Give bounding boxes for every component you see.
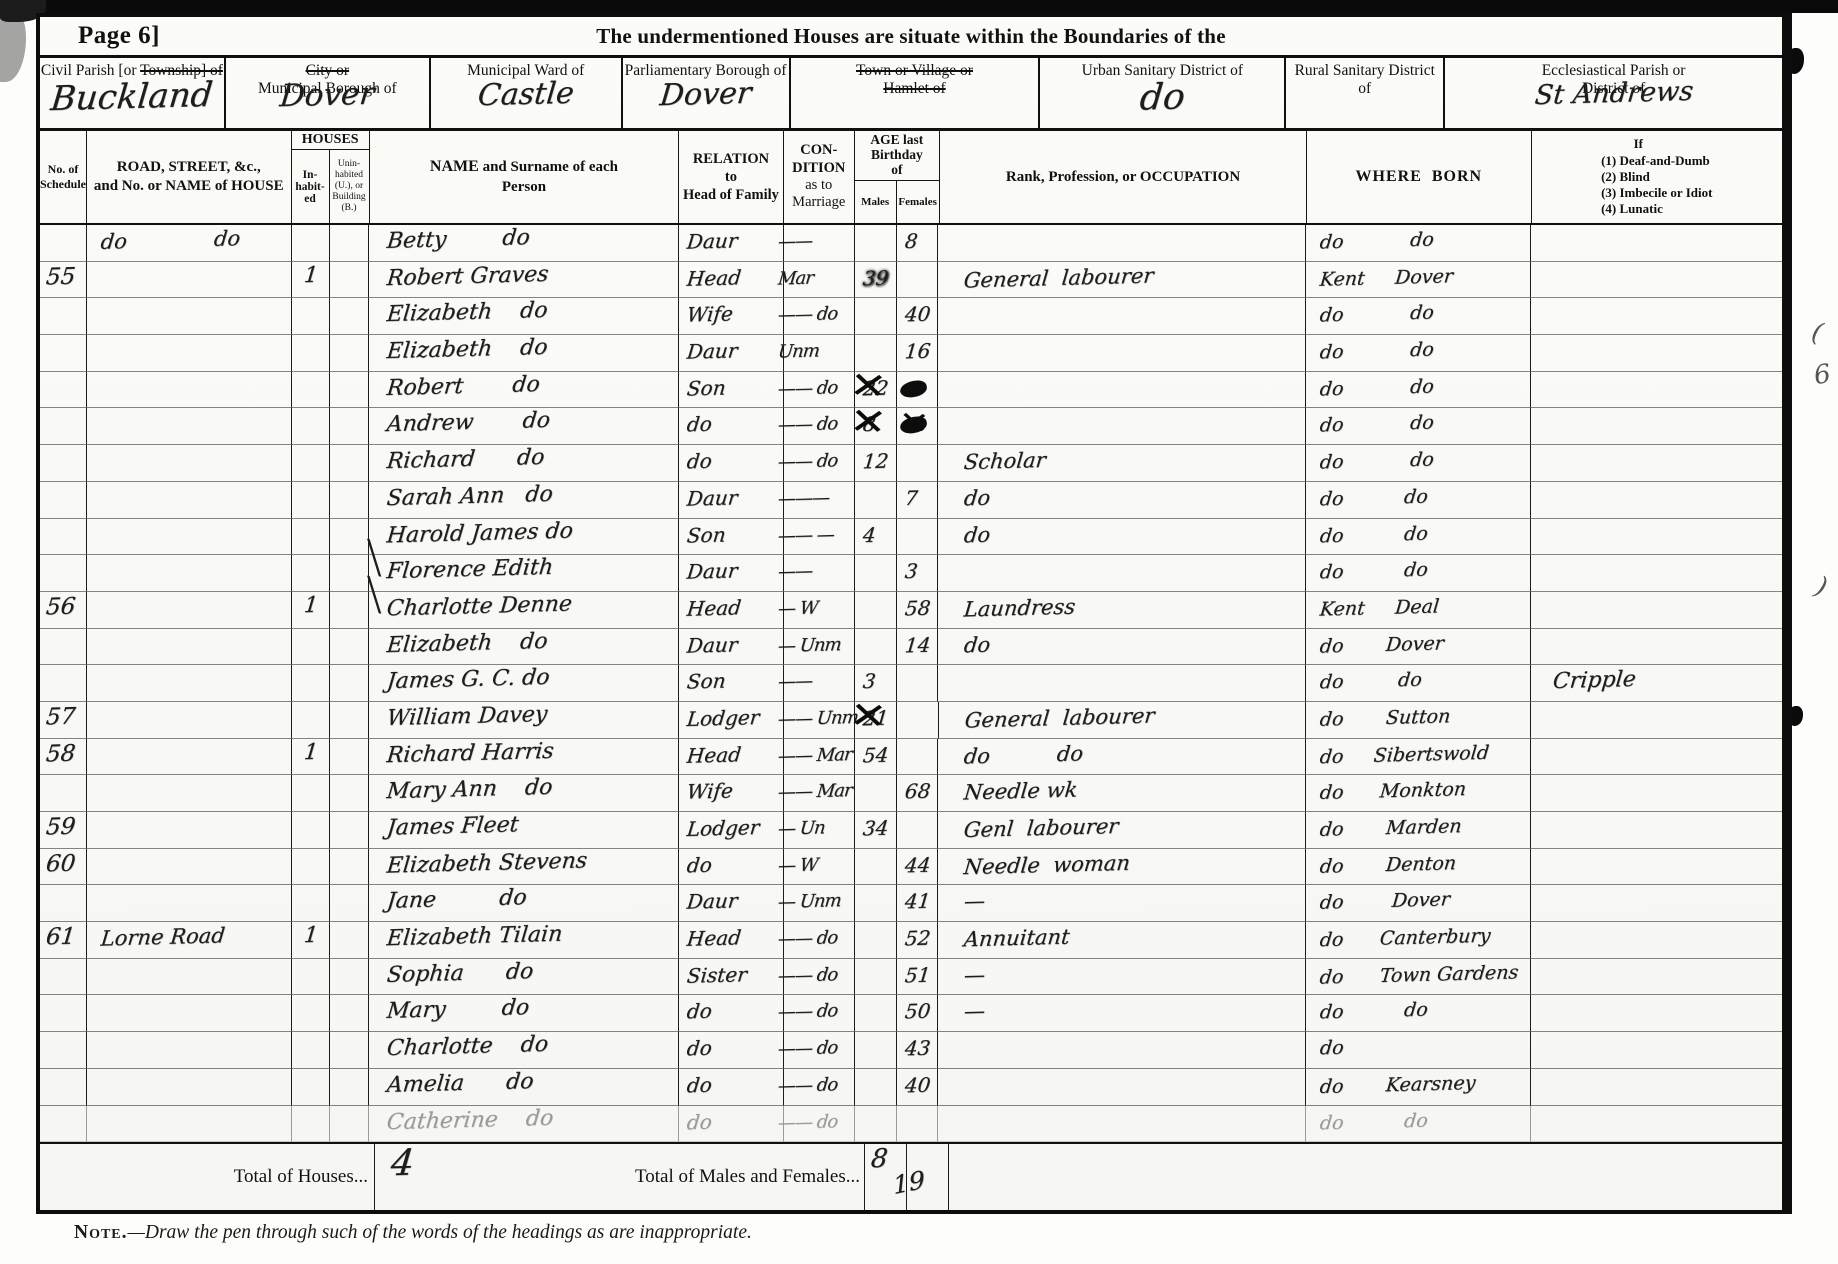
handwritten-entry: Harold James do — [385, 520, 573, 547]
handwritten-entry: 55 — [45, 265, 77, 289]
handwritten-entry: Amelia do — [386, 1071, 535, 1097]
cell-age-male — [855, 959, 897, 996]
cell-age-male: 39 — [855, 262, 897, 299]
col-header-males: Males — [855, 181, 897, 223]
cell-age-male — [855, 592, 897, 629]
district-town-village: Town or Village orHamlet of — [791, 58, 1041, 128]
table-row: 61Lorne Road1Elizabeth TilainHead—— do52… — [40, 922, 1782, 959]
cell-condition: —— Mar — [784, 739, 855, 776]
cell-born: do do — [1306, 482, 1531, 519]
handwritten-entry: General labourer — [963, 265, 1155, 291]
cell-name: Sarah Ann do — [369, 482, 679, 519]
cell-uninhabited — [330, 1069, 369, 1106]
cell-condition: —— do — [784, 1106, 855, 1143]
cell-age-male: 34 — [855, 812, 897, 849]
handwritten-entry: —— do — [777, 1076, 838, 1096]
cell-age-male — [855, 849, 897, 886]
handwritten-entry: —— do — [777, 929, 838, 949]
cell-occupation — [938, 408, 1306, 445]
cell-born: do do — [1306, 555, 1531, 592]
cell-uninhabited — [330, 298, 369, 335]
cell-road: do do — [87, 225, 292, 262]
table-row: 60Elizabeth Stevensdo— W44Needle womando… — [40, 849, 1782, 886]
cell-infirmity — [1531, 262, 1782, 299]
cell-age-female — [897, 665, 939, 702]
page-title: The undermentioned Houses are situate wi… — [40, 24, 1782, 49]
cell-occupation — [938, 335, 1306, 372]
cell-uninhabited — [330, 372, 369, 409]
col-header-females: Females — [897, 181, 939, 223]
cell-uninhabited — [330, 995, 369, 1032]
cell-schedule — [40, 298, 87, 335]
table-row: Charlotte dodo—— do43do — [40, 1032, 1782, 1069]
margin-scribble: ) — [1811, 571, 1831, 603]
handwritten-entry: 40 — [903, 304, 930, 325]
cell-schedule — [40, 372, 87, 409]
col-header-occupation: Rank, Profession, or OCCUPATION — [940, 131, 1307, 223]
cell-relation: Wife — [679, 775, 784, 812]
handwritten-entry: do Monkton — [1319, 780, 1467, 803]
cell-schedule — [40, 629, 87, 666]
cell-infirmity — [1531, 482, 1782, 519]
handwritten-entry: Laundress — [963, 596, 1076, 620]
handwritten-entry: do — [686, 1074, 713, 1095]
handwritten-entry: Daur — [686, 487, 738, 508]
handwritten-entry: Elizabeth do — [386, 300, 549, 326]
handwritten-entry: —— Mar — [777, 746, 852, 766]
handwritten-entry: — — [963, 891, 986, 913]
cell-relation: Head — [679, 739, 784, 776]
handwritten-entry: do Sibertswold — [1319, 743, 1490, 766]
handwritten-entry: —— do — [777, 306, 838, 326]
handwritten-entry: Annuitant — [963, 927, 1071, 951]
handwritten-entry: 52 — [903, 928, 930, 949]
cell-infirmity — [1531, 812, 1782, 849]
handwritten-entry: Jane do — [386, 888, 528, 914]
handwritten-entry: Head — [686, 927, 742, 948]
cell-occupation: do — [938, 482, 1306, 519]
handwritten-entry: do — [963, 487, 991, 509]
cell-name: Sophia do — [369, 959, 679, 996]
handwritten-entry: 58 — [45, 742, 77, 766]
cell-infirmity — [1531, 1032, 1782, 1069]
handwritten-entry: Andrew do — [386, 410, 551, 436]
cell-condition: — Unm — [784, 885, 855, 922]
cell-inhabited — [292, 1106, 330, 1143]
cell-infirmity — [1531, 775, 1782, 812]
cell-schedule — [40, 1032, 87, 1069]
cell-road — [87, 995, 292, 1032]
handwritten-entry: do — [686, 1111, 713, 1132]
handwritten-entry: do do — [1319, 1001, 1429, 1023]
cell-age-male: 12 — [855, 445, 897, 482]
cell-age-female — [897, 372, 939, 409]
table-row: 561╲Charlotte DenneHead— W58LaundressKen… — [40, 592, 1782, 629]
cell-condition: —— — [784, 665, 855, 702]
handwritten-entry: 44 — [903, 854, 930, 875]
cell-inhabited — [292, 482, 330, 519]
cell-condition: —— do — [784, 1032, 855, 1069]
cell-age-female: 3 — [897, 555, 939, 592]
cell-age-male — [855, 482, 897, 519]
table-row: Harold James doSon—— —4dodo do — [40, 519, 1782, 556]
table-row: Elizabeth doDaur— Unm14dodo Dover — [40, 629, 1782, 666]
handwritten-entry: 1 — [303, 925, 319, 947]
handwritten-entry: —— — — [777, 526, 835, 545]
cell-inhabited: 1 — [292, 262, 330, 299]
cell-relation: do — [679, 995, 784, 1032]
cell-inhabited — [292, 298, 330, 335]
handwritten-entry: Elizabeth Tilain — [385, 924, 563, 951]
cell-inhabited: 1 — [292, 592, 330, 629]
cell-inhabited — [292, 519, 330, 556]
cell-infirmity — [1531, 335, 1782, 372]
district-parliamentary-borough: Parliamentary Borough of Dover — [623, 58, 791, 128]
total-houses-label: Total of Houses... — [234, 1166, 368, 1188]
cell-inhabited — [292, 665, 330, 702]
table-row: 581Richard HarrisHead—— Mar54do dodo Sib… — [40, 739, 1782, 776]
cell-schedule: 59 — [40, 812, 87, 849]
cell-name: Charlotte do — [369, 1032, 679, 1069]
cell-name: Mary do — [369, 995, 679, 1032]
handwritten-entry: Elizabeth Stevens — [385, 850, 587, 877]
handwritten-entry: Florence Edith — [386, 557, 554, 583]
handwritten-entry: 41 — [903, 891, 930, 912]
col-header-houses: HOUSES In- habit- ed Unin- habited (U.),… — [292, 131, 370, 223]
handwritten-total-females: 19 — [892, 1167, 926, 1198]
cell-relation: Head — [679, 922, 784, 959]
cell-relation: Son — [679, 665, 784, 702]
cell-infirmity — [1531, 519, 1782, 556]
cell-born: do Canterbury — [1306, 922, 1531, 959]
cell-infirmity — [1531, 629, 1782, 666]
cell-inhabited: 1 — [292, 922, 330, 959]
cell-infirmity — [1531, 445, 1782, 482]
cell-schedule — [40, 885, 87, 922]
cell-inhabited: 1 — [292, 739, 330, 776]
handwritten-entry: 1 — [303, 595, 319, 617]
handwritten-entry: 43 — [903, 1038, 930, 1059]
handwritten-entry: 12 — [862, 451, 889, 472]
cell-age-female — [897, 262, 939, 299]
cell-age-female: 14 — [897, 629, 939, 666]
cell-infirmity — [1531, 225, 1782, 262]
cell-uninhabited — [330, 629, 369, 666]
cell-infirmity — [1531, 1069, 1782, 1106]
cell-road — [87, 592, 292, 629]
handwritten-entry: —— do — [777, 452, 838, 472]
handwritten-entry: —— — [777, 233, 813, 252]
handwritten-entry: Betty do — [386, 227, 531, 253]
handwritten-entry: Richard Harris — [386, 740, 555, 766]
cell-inhabited — [292, 1032, 330, 1069]
handwritten-entry: do Denton — [1319, 854, 1457, 877]
cell-road — [87, 1106, 292, 1143]
handwritten-entry: Unm — [777, 343, 820, 362]
cell-born: do Dover — [1306, 629, 1531, 666]
cell-name: Mary Ann do — [369, 775, 679, 812]
handwritten-entry: 39 — [862, 267, 889, 288]
cell-condition: —— — — [784, 519, 855, 556]
cell-occupation: Laundress — [938, 592, 1306, 629]
handwritten-entry: — W — [777, 599, 818, 618]
cell-road — [87, 262, 292, 299]
cell-road — [87, 555, 292, 592]
handwritten-entry: 14 — [903, 634, 930, 655]
cell-name: Elizabeth do — [369, 629, 679, 666]
cell-age-female: 40 — [897, 298, 939, 335]
cell-uninhabited — [330, 445, 369, 482]
handwritten-entry: Daur — [686, 891, 738, 912]
cell-road — [87, 1069, 292, 1106]
cell-schedule — [40, 665, 87, 702]
census-page-scan: ( 6 ) Page 6] The undermentioned Houses … — [0, 0, 1838, 1264]
district-civil-parish: Civil Parish [or Township] of Buckland — [40, 58, 226, 128]
cell-road — [87, 372, 292, 409]
handwritten-entry: 68 — [903, 781, 930, 802]
cell-name: Catherine do — [369, 1106, 679, 1143]
cell-age-male — [855, 1069, 897, 1106]
handwritten-entry: do — [1319, 1039, 1345, 1059]
cell-occupation: do — [938, 629, 1306, 666]
handwritten-entry: —— do — [777, 1003, 838, 1023]
table-row: Sarah Ann doDaur———7dodo do — [40, 482, 1782, 519]
cell-schedule — [40, 445, 87, 482]
cell-age-male — [855, 298, 897, 335]
cell-occupation — [938, 665, 1306, 702]
cell-infirmity — [1531, 298, 1782, 335]
cell-road — [87, 702, 292, 739]
col-header-name: NAME and Surname of each Person — [370, 131, 679, 223]
handwritten-entry: do Sutton — [1319, 707, 1451, 729]
cell-age-male — [855, 629, 897, 666]
cell-road — [87, 298, 292, 335]
table-row: ╲Florence EdithDaur——3do do — [40, 555, 1782, 592]
cell-occupation: do do — [938, 739, 1306, 776]
cell-uninhabited — [330, 1106, 369, 1143]
handwritten-entry: Genl labourer — [963, 816, 1120, 841]
handwritten-entry: do do — [1319, 524, 1429, 546]
handwritten-entry: Scholar — [963, 450, 1047, 473]
cell-born: do do — [1306, 372, 1531, 409]
handwritten-entry: do — [686, 854, 713, 875]
cell-born: do Marden — [1306, 812, 1531, 849]
cell-born: do do — [1306, 1106, 1531, 1143]
cell-age-female: 52 — [897, 922, 939, 959]
handwritten-entry: Mar — [777, 269, 814, 288]
table-row: Sophia doSister—— do51—do Town Gardens — [40, 959, 1782, 996]
cell-inhabited — [292, 372, 330, 409]
cell-schedule — [40, 335, 87, 372]
cell-uninhabited — [330, 812, 369, 849]
handwritten-entry: do do — [1319, 231, 1435, 253]
cell-relation: Lodger — [679, 812, 784, 849]
handwritten-entry: Richard do — [386, 447, 546, 473]
handwritten-entry: Son — [686, 524, 727, 545]
table-row: Jane doDaur— Unm41—do Dover — [40, 885, 1782, 922]
cell-occupation — [938, 225, 1306, 262]
handwritten-entry: do Kearsney — [1319, 1074, 1476, 1097]
cell-inhabited — [292, 775, 330, 812]
cell-uninhabited — [330, 739, 369, 776]
cell-age-male: 8✕ — [855, 408, 897, 445]
cell-condition: —— do — [784, 408, 855, 445]
handwritten-entry: do do — [1319, 304, 1435, 326]
cell-uninhabited — [330, 885, 369, 922]
cell-schedule — [40, 959, 87, 996]
cell-inhabited — [292, 629, 330, 666]
handwritten-entry: Lodger — [686, 817, 760, 839]
cell-infirmity — [1531, 592, 1782, 629]
cell-uninhabited — [330, 335, 369, 372]
margin-scribble: ( — [1809, 317, 1826, 349]
handwritten-entry: do — [686, 1001, 713, 1022]
handwritten-entry: do do — [1319, 341, 1435, 363]
handwritten-civil-parish: Buckland — [49, 78, 214, 116]
cell-road — [87, 408, 292, 445]
handwritten-entry: —— do — [777, 416, 838, 436]
margin-scribble: 6 — [1812, 359, 1833, 391]
totals-blank-cell — [949, 1144, 1782, 1210]
cell-age-male — [855, 555, 897, 592]
cell-age-female: 8 — [897, 225, 939, 262]
cell-schedule — [40, 1106, 87, 1143]
cell-inhabited — [292, 408, 330, 445]
cell-inhabited — [292, 225, 330, 262]
handwritten-entry: — Unm — [777, 636, 841, 656]
cell-relation: do — [679, 1106, 784, 1143]
cell-age-female: 41 — [897, 885, 939, 922]
handwritten-entry: 60 — [45, 852, 77, 876]
cell-name: William Davey — [369, 702, 679, 739]
cell-relation: Son — [679, 519, 784, 556]
handwritten-entry: do — [963, 634, 991, 656]
handwritten-entry: — — [963, 1001, 986, 1023]
cell-born: Kent Deal — [1306, 592, 1531, 629]
cell-occupation: Scholar — [938, 445, 1306, 482]
cell-inhabited — [292, 885, 330, 922]
column-header-row: No. of Schedule ROAD, STREET, &c., and N… — [40, 131, 1782, 225]
cell-uninhabited — [330, 702, 369, 739]
cell-age-female: 16 — [897, 335, 939, 372]
table-row: Elizabeth doDaurUnm16do do — [40, 335, 1782, 372]
col-header-road: ROAD, STREET, &c., and No. or NAME of HO… — [87, 131, 292, 223]
cell-age-male: 54 — [855, 739, 897, 776]
handwritten-entry: 8 — [904, 231, 919, 251]
cell-relation: Head — [679, 262, 784, 299]
table-row: Andrew dodo—— do8✕✕do do — [40, 408, 1782, 445]
cell-schedule — [40, 1069, 87, 1106]
cell-road — [87, 629, 292, 666]
cell-infirmity — [1531, 885, 1782, 922]
cell-inhabited — [292, 849, 330, 886]
cell-occupation: Genl labourer — [938, 812, 1306, 849]
handwritten-entry: Lorne Road — [100, 925, 226, 949]
handwritten-entry: 58 — [903, 598, 930, 619]
col-header-inhabited: In- habit- ed — [292, 150, 330, 223]
handwritten-entry: 4 — [862, 524, 877, 544]
cell-uninhabited — [330, 959, 369, 996]
cell-name: Amelia do — [369, 1069, 679, 1106]
crossout-mark: ✕ — [847, 695, 888, 738]
district-urban-sanitary: Urban Sanitary District of do — [1040, 58, 1286, 128]
cell-born: do Monkton — [1306, 775, 1531, 812]
cell-condition: —— do — [784, 995, 855, 1032]
handwritten-entry: do do — [1319, 377, 1435, 399]
col-header-age: AGE last Birthday of Males Females — [855, 131, 940, 223]
cell-age-male — [855, 885, 897, 922]
district-header-row: Civil Parish [or Township] of Buckland C… — [40, 58, 1782, 131]
cell-occupation: — — [938, 885, 1306, 922]
cell-born: do — [1306, 1032, 1531, 1069]
handwritten-entry: — — [963, 964, 986, 986]
cell-schedule — [40, 225, 87, 262]
handwritten-entry: Sophia do — [386, 961, 535, 987]
handwritten-entry: ——— — [777, 489, 830, 508]
cell-uninhabited — [330, 519, 369, 556]
handwritten-entry: Elizabeth do — [386, 630, 549, 656]
cell-age-male — [855, 922, 897, 959]
handwritten-entry: do do — [963, 743, 1084, 767]
cell-occupation: Annuitant — [938, 922, 1306, 959]
handwritten-entry: Head — [686, 744, 742, 765]
handwritten-entry: do — [963, 524, 991, 546]
cell-schedule: 58 — [40, 739, 87, 776]
handwritten-entry: Daur — [686, 230, 738, 251]
cell-condition: — Unm — [784, 629, 855, 666]
handwritten-entry: do Dover — [1319, 634, 1445, 656]
cell-uninhabited — [330, 922, 369, 959]
cell-inhabited — [292, 1069, 330, 1106]
cell-infirmity — [1531, 995, 1782, 1032]
cell-schedule: 61 — [40, 922, 87, 959]
cell-occupation — [938, 372, 1306, 409]
cell-infirmity — [1531, 739, 1782, 776]
handwritten-entry: Head — [686, 597, 742, 618]
handwritten-entry: Kent Deal — [1319, 597, 1440, 619]
handwritten-entry: do — [686, 451, 713, 472]
cell-condition: Mar — [784, 262, 855, 299]
cell-age-female: 51 — [897, 959, 939, 996]
col-header-schedule: No. of Schedule — [40, 131, 87, 223]
cell-condition: —— do — [784, 445, 855, 482]
cell-age-female: 40 — [897, 1069, 939, 1106]
handwritten-entry: — Un — [777, 819, 825, 838]
cell-name: Harold James do — [369, 519, 679, 556]
cell-name: Andrew do — [369, 408, 679, 445]
district-rural-sanitary: Rural Sanitary District of — [1286, 58, 1445, 128]
handwritten-entry: 7 — [904, 488, 919, 508]
handwritten-entry: 16 — [903, 341, 930, 362]
cell-age-male — [855, 225, 897, 262]
cell-occupation: Needle woman — [938, 849, 1306, 886]
cell-relation: do — [679, 1069, 784, 1106]
cell-age-male: 4 — [855, 519, 897, 556]
total-females-value-cell: 19 — [907, 1144, 949, 1210]
cell-age-male — [855, 995, 897, 1032]
cell-uninhabited — [330, 775, 369, 812]
cell-occupation: do — [938, 519, 1306, 556]
handwritten-entry: 57 — [45, 706, 77, 730]
cell-born: do Sibertswold — [1306, 739, 1531, 776]
handwritten-entry: Sarah Ann do — [386, 484, 554, 510]
handwritten-entry: 51 — [903, 964, 930, 985]
cell-born: do do — [1306, 298, 1531, 335]
cell-infirmity: Cripple — [1531, 665, 1782, 702]
cell-condition: Unm — [784, 335, 855, 372]
cell-uninhabited — [330, 225, 369, 262]
handwritten-entry: —— do — [777, 379, 838, 399]
